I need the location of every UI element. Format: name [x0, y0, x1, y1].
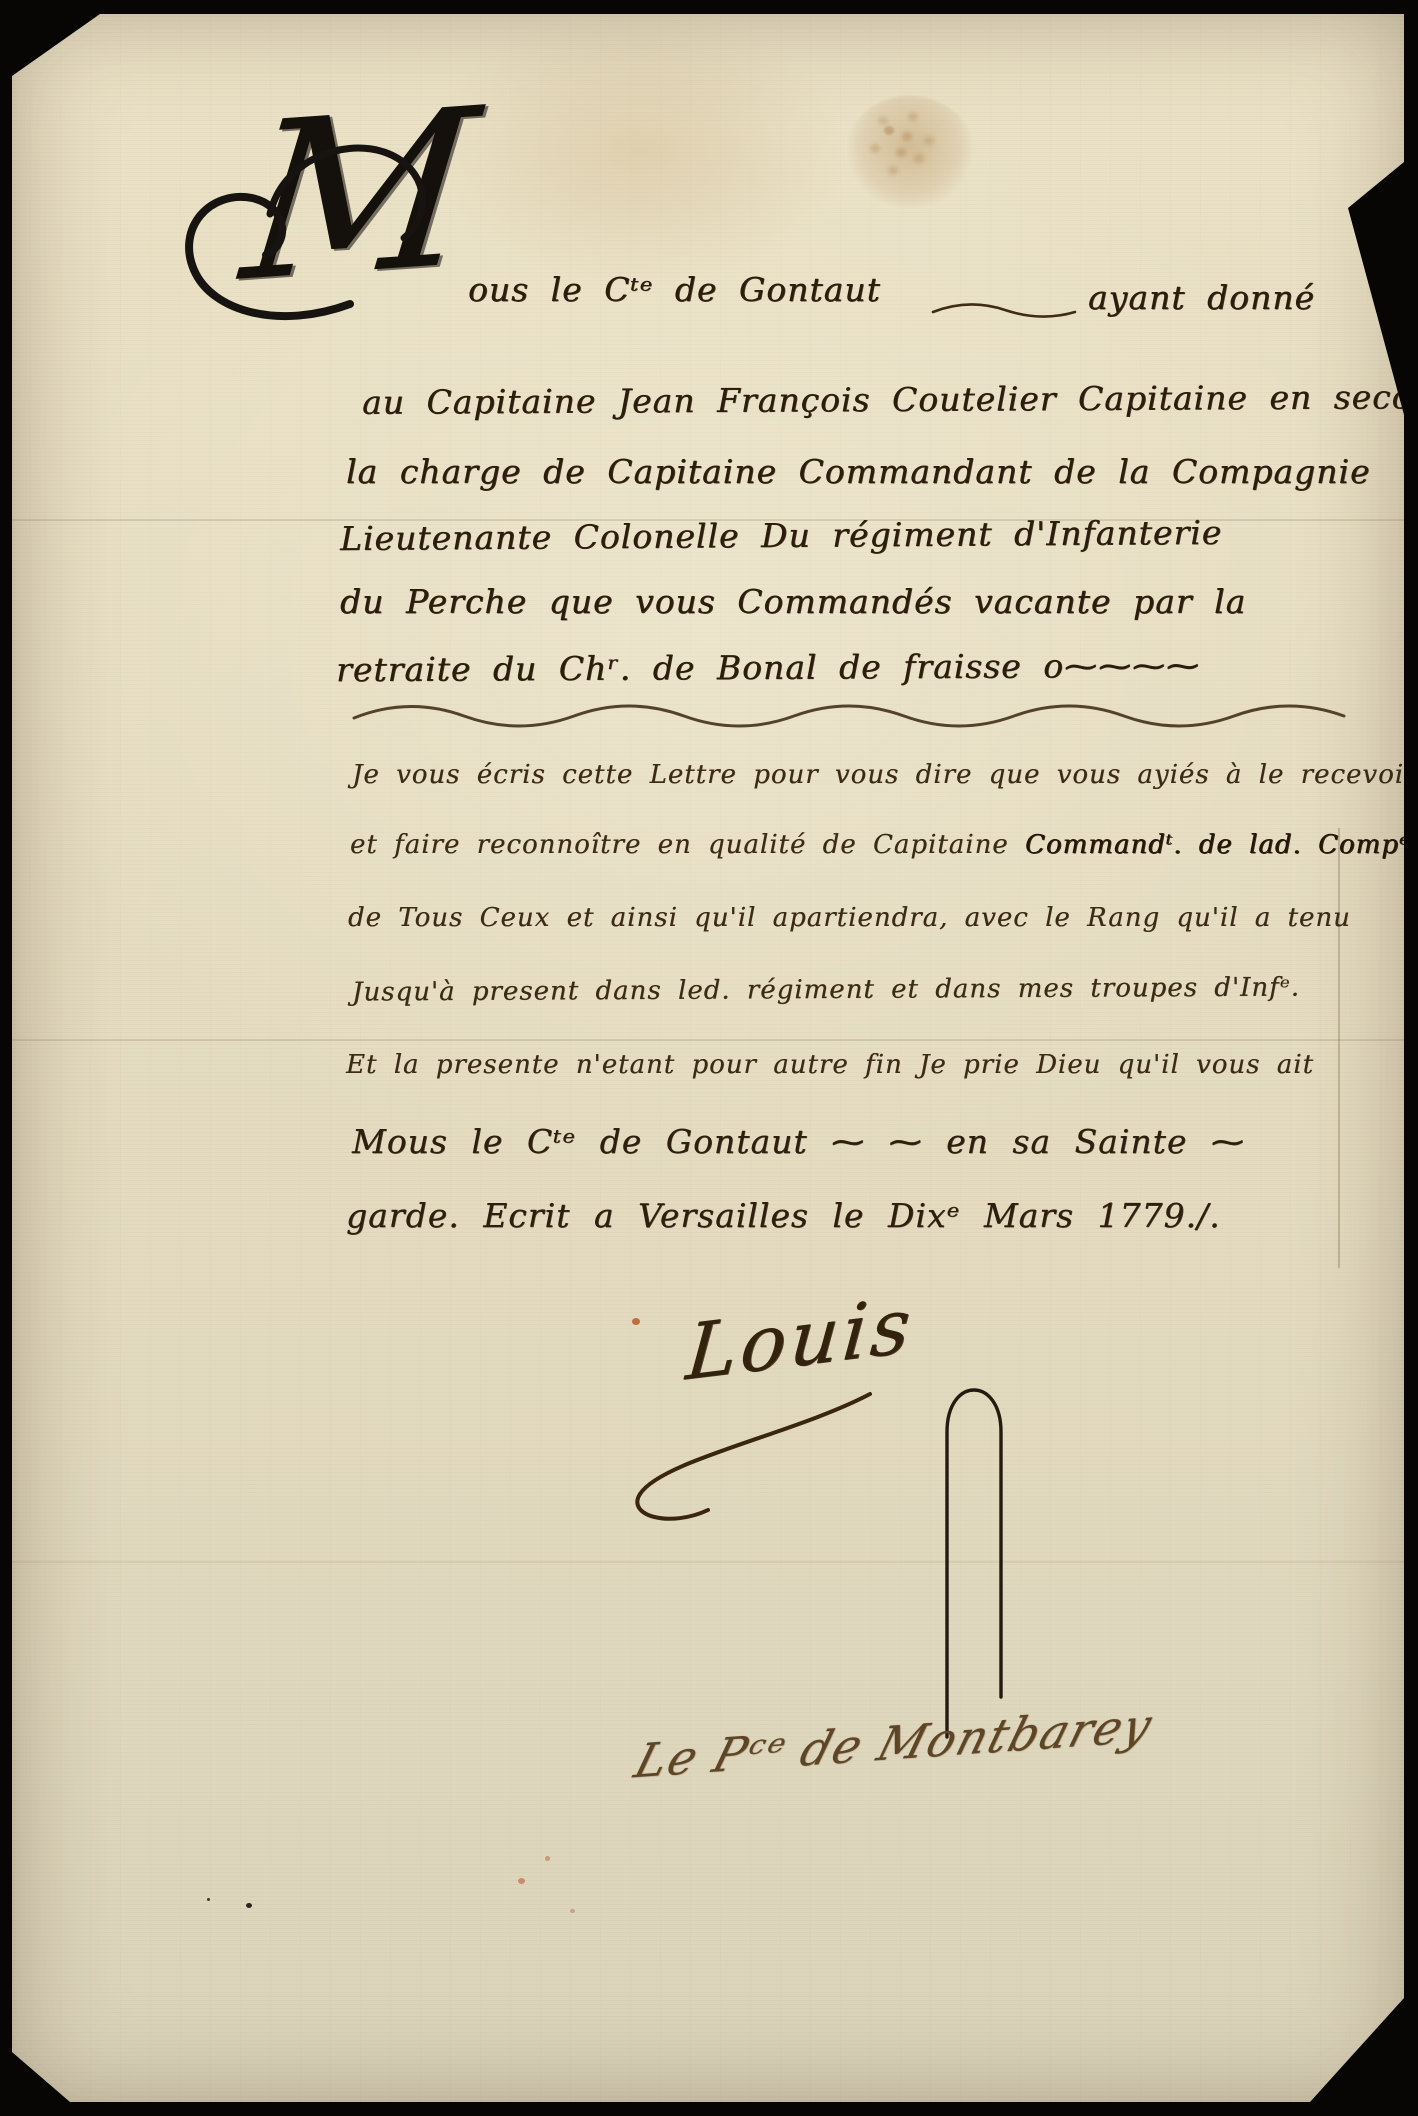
signature-flourish	[618, 1382, 888, 1542]
ink-speck	[246, 1903, 252, 1908]
body-line: de Tous Ceux et ainsi qu'il apartiendra,…	[348, 903, 1351, 933]
countersignature: Le Pᶜᵉ de Montbarey	[629, 1697, 1160, 1788]
ink-speck	[207, 1898, 210, 1901]
document-page: M ous le Cᵗᵉ de Gontaut ayant donné au C…	[0, 0, 1418, 2116]
paraph-stroke	[935, 1362, 1025, 1752]
paper-crease	[1338, 828, 1340, 1268]
body-line: Jusqu'à present dans led. régiment et da…	[352, 973, 1300, 1008]
opening-line: du Perche que vous Commandés vacante par…	[340, 582, 1246, 621]
opening-line: la charge de Capitaine Commandant de la …	[346, 452, 1371, 491]
rust-spot	[518, 1878, 525, 1884]
divider-stroke	[354, 706, 1344, 726]
address-flourish	[930, 296, 1080, 322]
body-line: et faire reconnoître en qualité de Capit…	[350, 830, 1418, 860]
address-line-left: ous le Cᵗᵉ de Gontaut	[468, 270, 881, 309]
rust-spot	[570, 1909, 575, 1913]
opening-line: au Capitaine Jean François Coutelier Cap…	[362, 377, 1418, 422]
paraph-line	[947, 1390, 1001, 1737]
initial-flourish-head	[270, 148, 423, 238]
body-line: Et la presente n'etant pour autre fin Je…	[346, 1050, 1314, 1080]
body-line-emphasis: Commandᵗ. de lad. Compᵉ.	[1025, 830, 1418, 860]
body-line-normal: et faire reconnoître en qualité de Capit…	[350, 830, 1025, 860]
opening-line: retraite du Chʳ. de Bonal de fraisse o⁓⁓…	[336, 646, 1200, 690]
fold-crease	[12, 1561, 1404, 1563]
flourish-stroke	[637, 1394, 870, 1519]
opening-line: Lieutenante Colonelle Du régiment d'Infa…	[340, 513, 1223, 558]
rust-spot	[545, 1856, 550, 1861]
rust-spot	[632, 1318, 640, 1325]
ink-stain	[846, 96, 974, 208]
address-line-right: ayant donné	[1088, 278, 1315, 317]
closing-line: garde. Ecrit a Versailles le Dixᵉ Mars 1…	[346, 1196, 1221, 1235]
royal-signature: Louis	[683, 1279, 918, 1397]
body-line: Je vous écris cette Lettre pour vous dir…	[352, 760, 1417, 790]
flourish-stroke	[933, 304, 1075, 316]
fold-crease	[12, 1039, 1404, 1041]
closing-line: Mous le Cᵗᵉ de Gontaut ⁓ ⁓ en sa Sainte …	[352, 1122, 1245, 1161]
scan-background: M ous le Cᵗᵉ de Gontaut ayant donné au C…	[0, 0, 1418, 2116]
wavy-divider	[350, 692, 1350, 732]
initial-flourish	[120, 92, 460, 362]
